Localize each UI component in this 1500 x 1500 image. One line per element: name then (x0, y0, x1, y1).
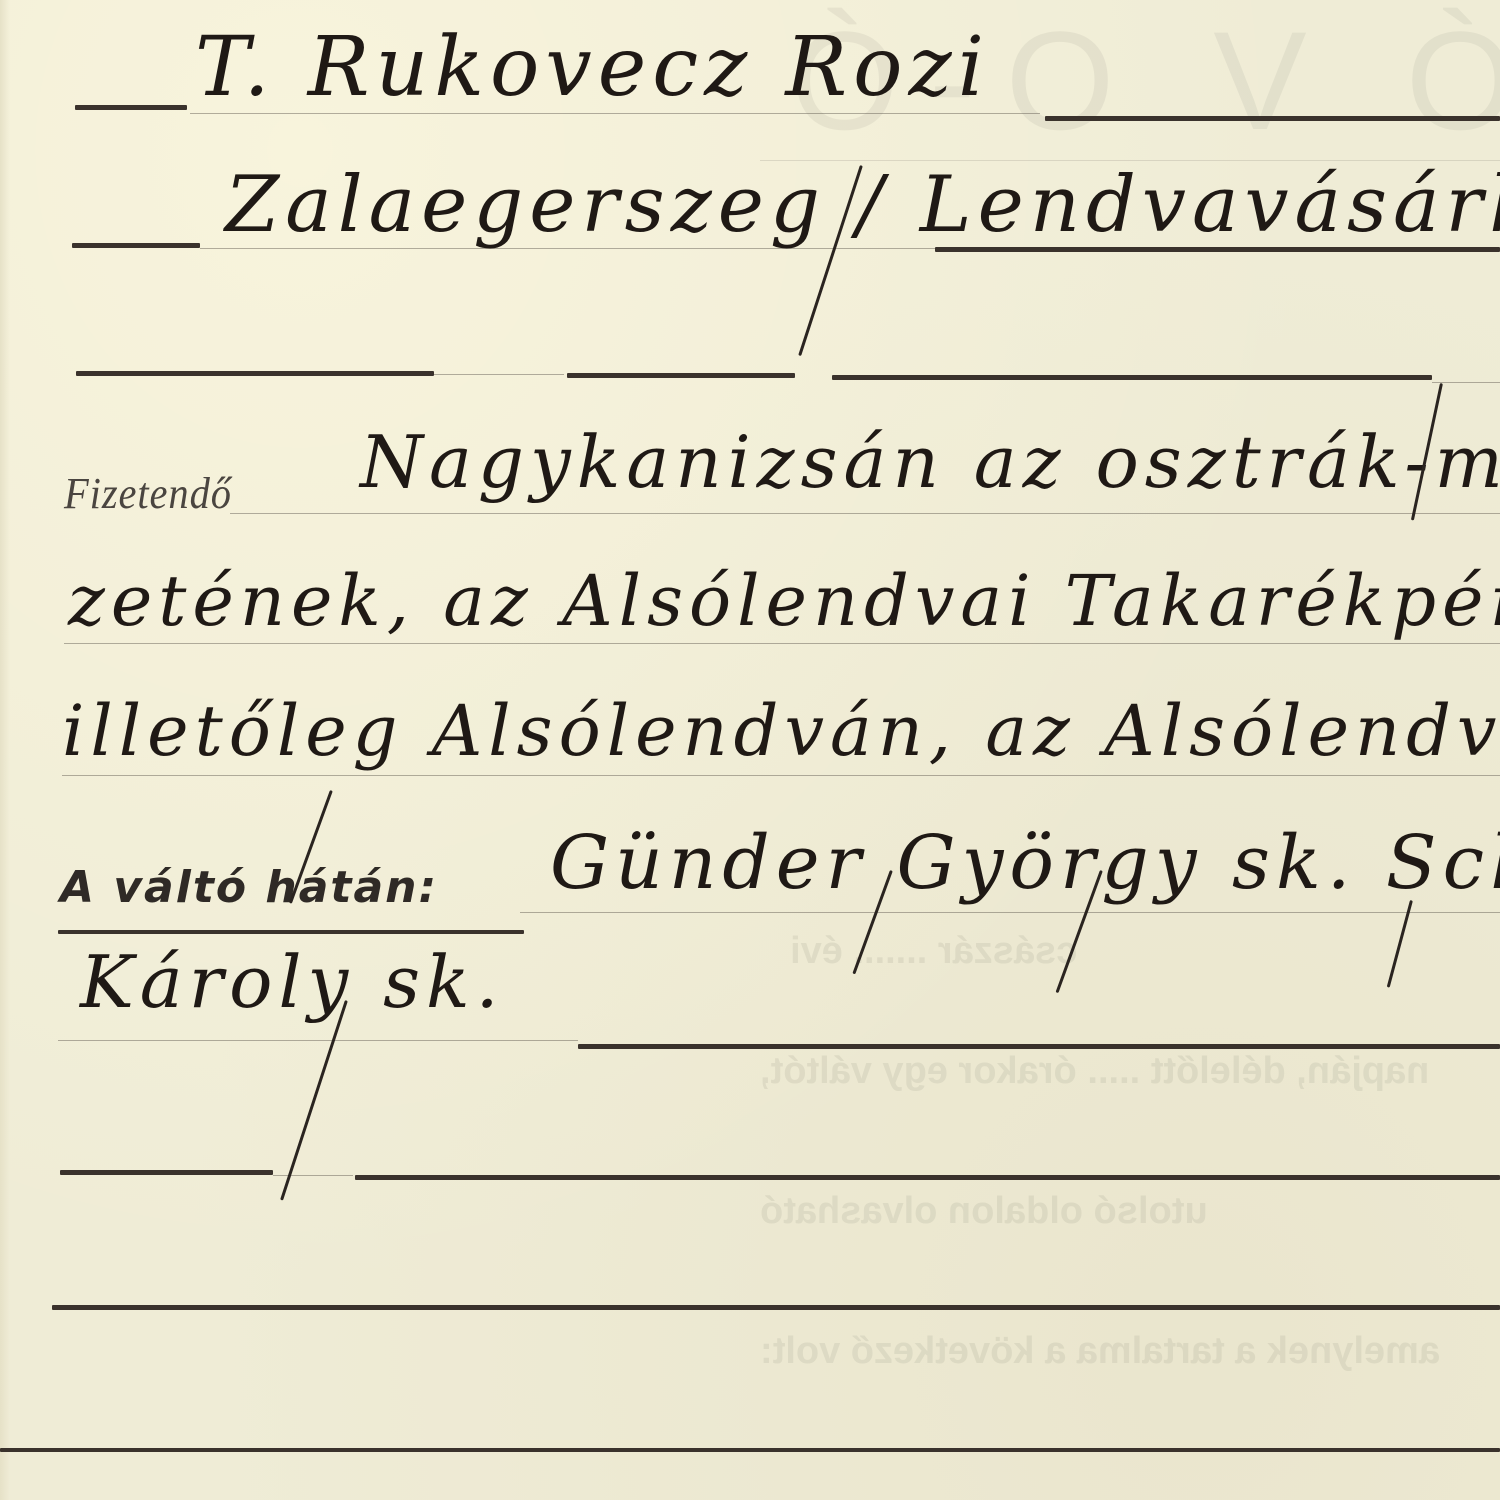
fill-rule (58, 930, 524, 934)
guide-rule (58, 1040, 578, 1041)
fill-rule (832, 375, 1432, 380)
fill-rule (0, 1448, 1500, 1452)
fill-rule (76, 371, 434, 376)
fill-rule (578, 1044, 1500, 1049)
guide-rule (230, 513, 1500, 514)
handwritten-payable-line: Nagykanizsán az osztrák-ma- (360, 420, 1500, 504)
label-on-reverse: A váltó hátán: (60, 862, 438, 913)
guide-rule (434, 374, 564, 375)
page-edge-shadow (0, 0, 10, 1500)
fill-rule (1045, 116, 1500, 121)
handwriting-descender (280, 1000, 348, 1201)
fill-rule (72, 243, 200, 248)
guide-rule (64, 643, 1500, 644)
fill-rule (52, 1305, 1500, 1310)
label-payable-at: Fizetendő (64, 468, 232, 519)
fill-rule (355, 1175, 1500, 1180)
document-page: Ó-Ó V O-Ó császár ....... évi napján, dé… (0, 0, 1500, 1500)
handwritten-payable-line: illetőleg Alsólendván, az Alsólendvai (62, 690, 1500, 772)
guide-rule (273, 1175, 353, 1176)
bleed-through-line: császár ....... évi (790, 930, 1077, 973)
fill-rule (75, 105, 187, 110)
handwritten-endorsement: Günder György sk. Sch... (550, 820, 1500, 906)
guide-rule (760, 160, 1500, 161)
guide-rule (62, 775, 1500, 776)
fill-rule (60, 1170, 273, 1175)
handwritten-payable-line: zetének, az Alsólendvai Takarékpén- (68, 560, 1500, 642)
bleed-through-line: amelynek a tartalma a következő volt: (760, 1330, 1440, 1373)
handwritten-endorsement: Károly sk. (80, 940, 505, 1024)
handwritten-name: T. Rukovecz Rozi (195, 20, 990, 115)
bleed-through-line: napján, délelőtt ..... órakor egy váltót… (760, 1050, 1429, 1093)
guide-rule (520, 912, 1500, 913)
handwritten-place: Zalaegerszeg / Lendvavásárhely (225, 160, 1500, 250)
bleed-through-line: utolsó oldalon olvasható (760, 1190, 1208, 1233)
handwriting-descender (1387, 900, 1413, 988)
fill-rule (567, 373, 795, 378)
